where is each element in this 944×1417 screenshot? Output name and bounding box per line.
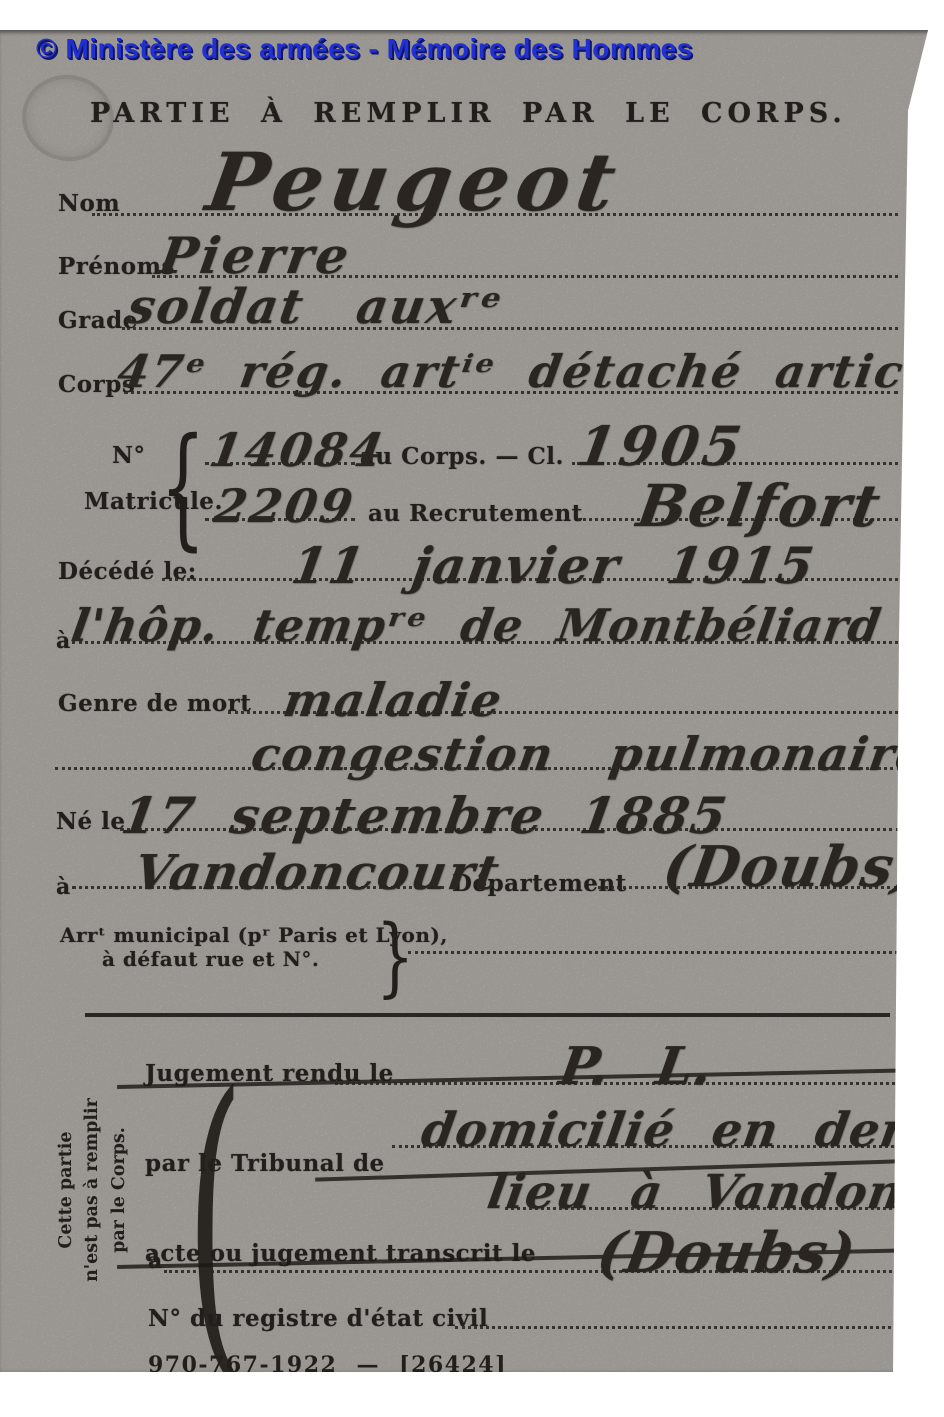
lieu-naissance-handwritten: Vandoncourt: [131, 848, 504, 898]
genre-de-mort-label: Genre de mort: [58, 690, 251, 717]
lieu-deces-handwritten: l'hôp. tempʳᵉ de Montbéliard (Doubs: [68, 602, 944, 649]
jugement-a-handwritten: (Doubs): [593, 1224, 860, 1283]
au-recrutement-label: au Recrutement: [368, 500, 583, 527]
grade-handwritten-value: soldat auxʳᵉ: [124, 282, 507, 332]
scanned-record-page: © Ministère des armées - Mémoire des Hom…: [0, 0, 944, 1417]
ne-le-label: Né le: [56, 808, 126, 835]
arr-municipal-closing-brace: }: [376, 914, 414, 1000]
classe-handwritten: 1905: [574, 418, 749, 475]
jugement-a-label: à: [148, 1248, 163, 1274]
decede-le-handwritten: 11 janvier 1915: [288, 540, 819, 593]
prenoms-handwritten-value: Pierre: [156, 230, 355, 283]
matricule-no-label: N°: [112, 442, 146, 469]
matricule-corps-handwritten: 14084: [206, 426, 389, 474]
corps-handwritten-value: 47ᵉ rég. artⁱᵉ détaché article 6: [114, 348, 944, 395]
paper-sheet: PARTIE À REMPLIR PAR LE CORPS. Nom Peuge…: [0, 30, 944, 1372]
recrutement-handwritten: Belfort: [633, 476, 886, 537]
genre-de-mort-suite-handwritten: congestion pulmonaire: [248, 730, 931, 778]
ne-le-handwritten: 17 septembre 1885: [118, 790, 732, 843]
lieu-naissance-label: à: [56, 874, 71, 900]
departement-handwritten: (Doubs): [659, 838, 926, 897]
matricule-label: Matricule.: [84, 488, 223, 515]
archive-reference-code: 970-767-1922 — [26424]: [148, 1352, 507, 1372]
section-separator-line: [85, 1013, 890, 1017]
registre-etat-civil-label: N° du registre d'état civil: [148, 1305, 488, 1332]
genre-de-mort-handwritten: maladie: [280, 676, 506, 724]
acte-transcrit-handwritten: lieu à Vandoncour: [484, 1168, 944, 1217]
registre-etat-civil-dotted-line: [455, 1326, 904, 1329]
side-note-line: Cette partie: [53, 1040, 79, 1340]
nom-handwritten-value: Peugeot: [201, 140, 628, 224]
copyright-watermark: © Ministère des armées - Mémoire des Hom…: [36, 33, 693, 65]
jugement-rendu-handwritten: P. L.: [556, 1040, 716, 1095]
matricule-recrutement-handwritten: 2209: [211, 482, 359, 530]
arr-municipal-dotted-line: [408, 951, 904, 954]
au-corps-label: au Corps. — Cl.: [360, 443, 564, 470]
form-title: PARTIE À REMPLIR PAR LE CORPS.: [90, 98, 814, 129]
side-note-line: n'est pas à remplir: [79, 1040, 105, 1340]
tribunal-handwritten: domicilié en dernier: [418, 1106, 944, 1155]
arr-municipal-label-line2: à défaut rue et N°.: [102, 947, 319, 971]
